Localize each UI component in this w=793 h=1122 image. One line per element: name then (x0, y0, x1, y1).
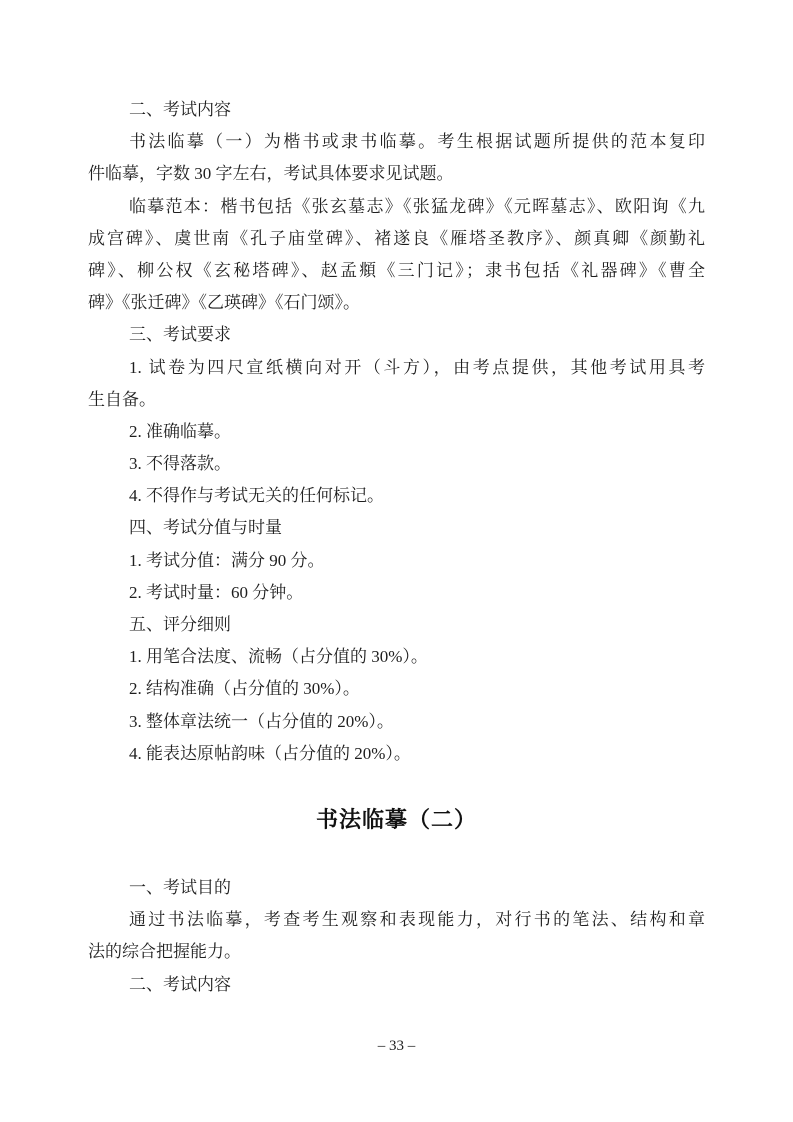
text-line-section-title: 二、考试内容 (88, 94, 705, 126)
text-line: 通过书法临摹，考查考生观察和表现能力，对行书的笔法、结构和章 (88, 904, 705, 936)
text-line-section-title: 一、考试目的 (88, 872, 705, 904)
text-line-list-item: 3. 不得落款。 (88, 448, 705, 480)
text-line: 1. 试卷为四尺宣纸横向对开（斗方），由考点提供，其他考试用具考 (88, 352, 705, 384)
text-line-list-item: 1. 用笔合法度、流畅（占分值的 30%）。 (88, 641, 705, 673)
text-line-list-item: 1. 考试分值：满分 90 分。 (88, 545, 705, 577)
text-line: 件临摹，字数 30 字左右，考试具体要求见试题。 (88, 158, 705, 190)
text-line-list-item: 4. 不得作与考试无关的任何标记。 (88, 480, 705, 512)
text-line: 碑》、柳公权《玄秘塔碑》、赵孟頫《三门记》；隶书包括《礼器碑》《曹全 (88, 255, 705, 287)
page-number: – 33 – (0, 1037, 793, 1055)
text-line-section-title: 五、评分细则 (88, 609, 705, 641)
text-line: 碑》《张迁碑》《乙瑛碑》《石门颂》。 (88, 287, 705, 319)
text-line-section-title: 二、考试内容 (88, 969, 705, 1001)
text-line-list-item: 3. 整体章法统一（占分值的 20%）。 (88, 706, 705, 738)
text-line-list-item: 2. 考试时量：60 分钟。 (88, 577, 705, 609)
document-body: 二、考试内容 书法临摹（一）为楷书或隶书临摹。考生根据试题所提供的范本复印 件临… (88, 94, 705, 1001)
text-line-list-item: 2. 准确临摹。 (88, 416, 705, 448)
text-line-list-item: 4. 能表达原帖韵味（占分值的 20%）。 (88, 738, 705, 770)
text-line-section-title: 三、考试要求 (88, 319, 705, 351)
text-line: 临摹范本：楷书包括《张玄墓志》《张猛龙碑》《元晖墓志》、欧阳询《九 (88, 191, 705, 223)
document-page: 二、考试内容 书法临摹（一）为楷书或隶书临摹。考生根据试题所提供的范本复印 件临… (0, 0, 793, 1122)
text-line: 法的综合把握能力。 (88, 936, 705, 968)
text-line: 书法临摹（一）为楷书或隶书临摹。考生根据试题所提供的范本复印 (88, 126, 705, 158)
text-line: 成宫碑》、虞世南《孔子庙堂碑》、褚遂良《雁塔圣教序》、颜真卿《颜勤礼 (88, 223, 705, 255)
chapter-heading: 书法临摹（二） (88, 800, 705, 840)
text-line-list-item: 2. 结构准确（占分值的 30%）。 (88, 673, 705, 705)
text-line: 生自备。 (88, 384, 705, 416)
text-line-section-title: 四、考试分值与时量 (88, 512, 705, 544)
